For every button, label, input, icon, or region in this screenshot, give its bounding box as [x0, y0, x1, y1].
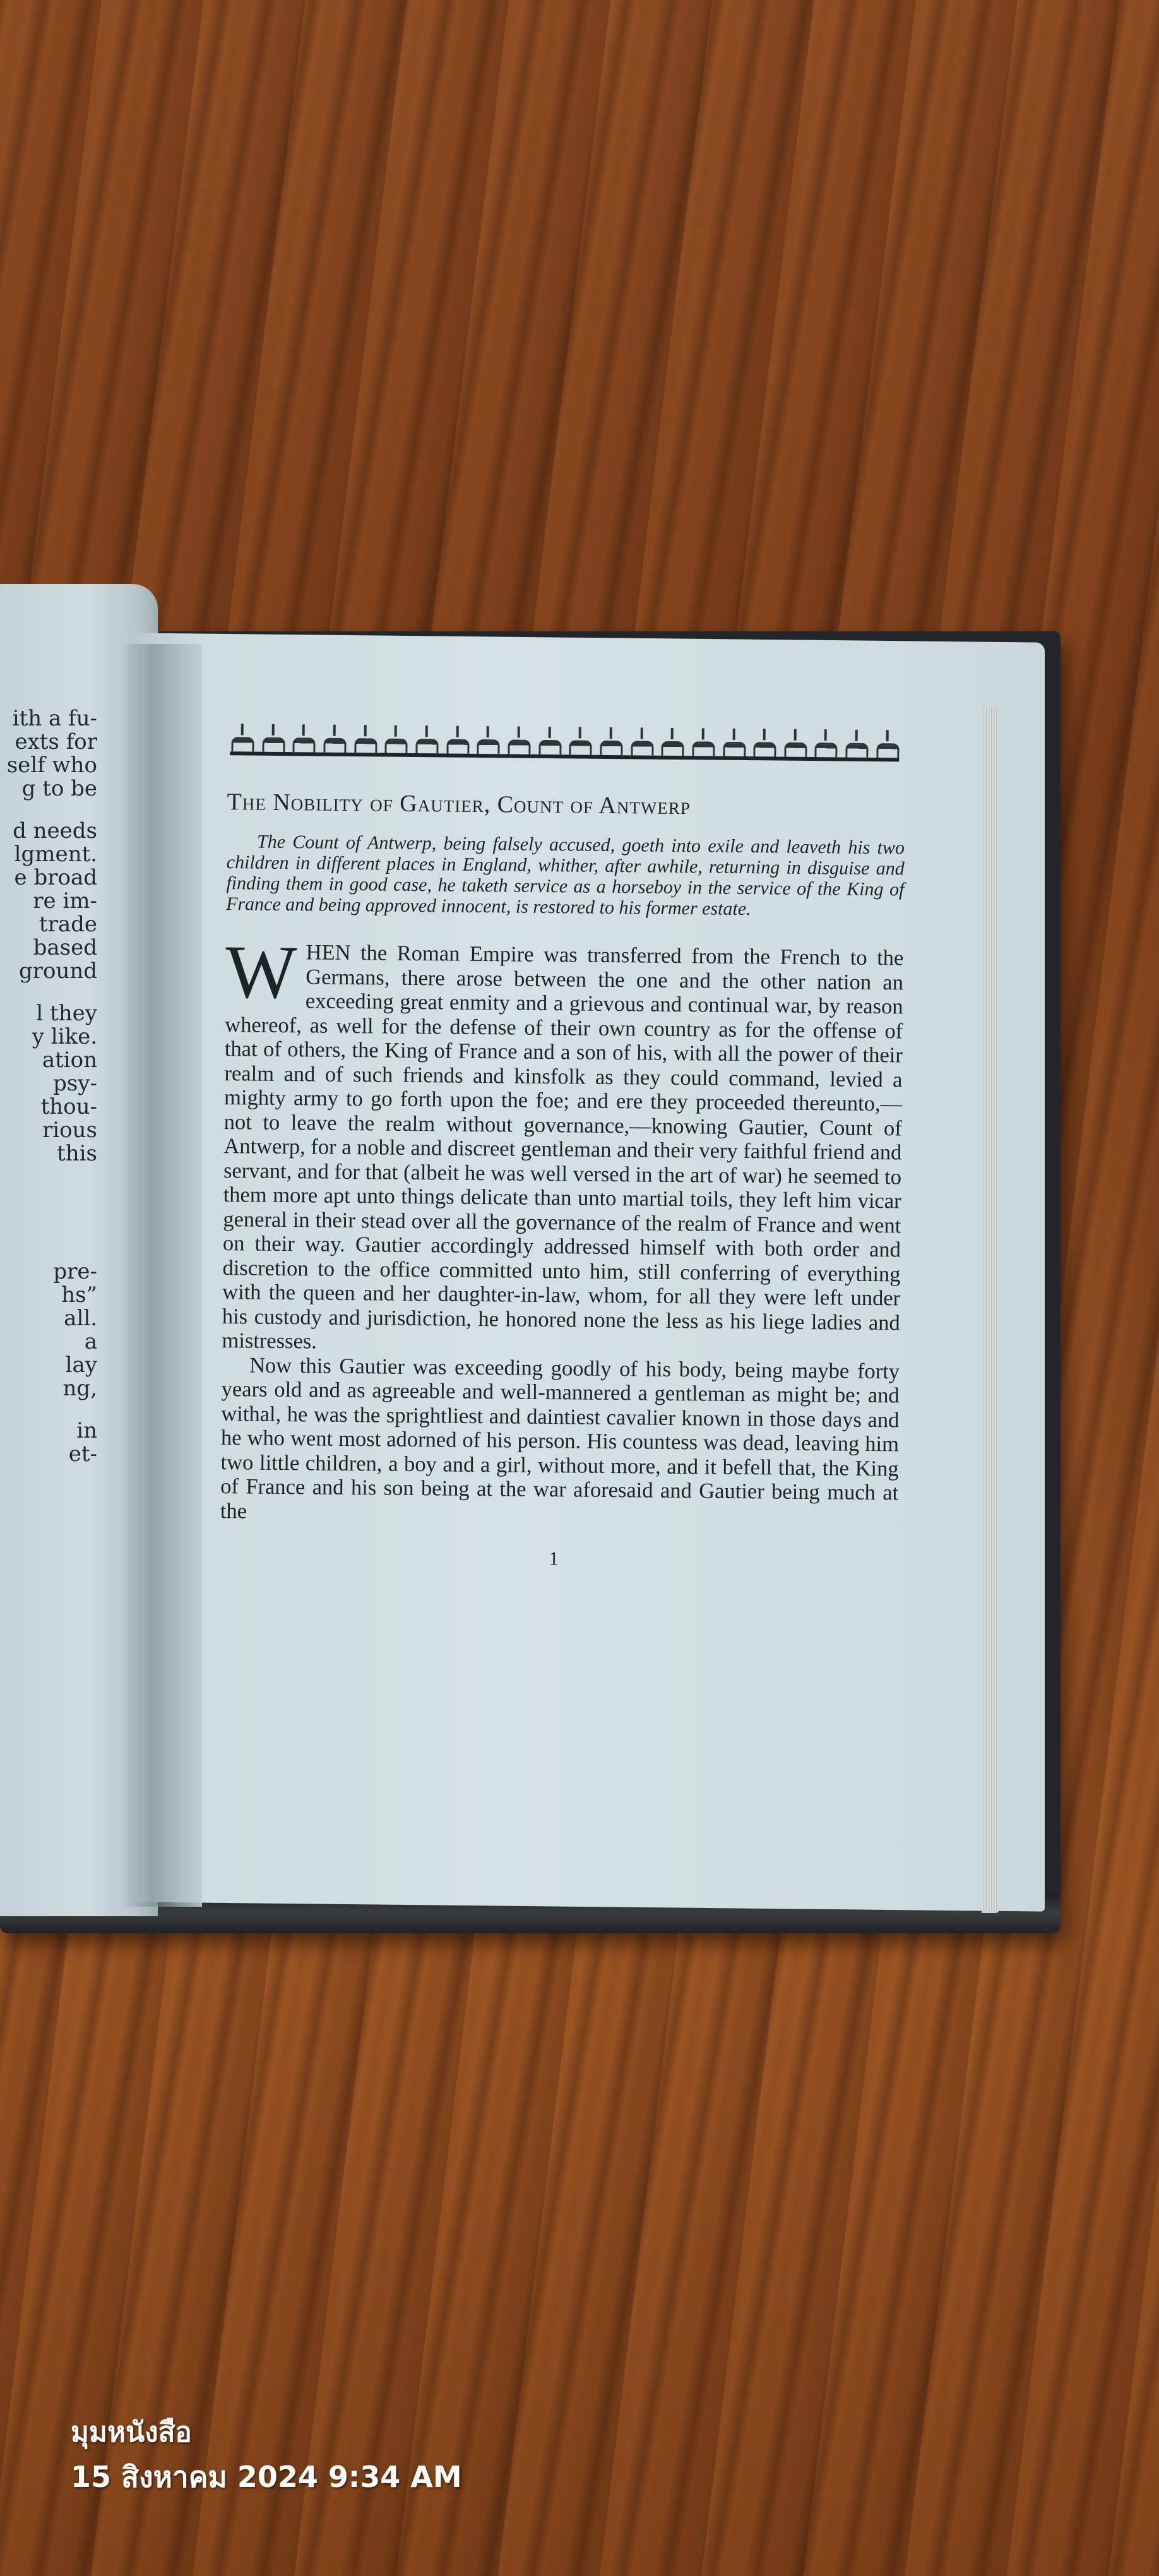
- photo-scene: ith a fu- exts for self who g to be d ne…: [0, 0, 1159, 2576]
- left-line: d needs: [0, 820, 97, 843]
- left-line: trade: [0, 913, 97, 936]
- left-line: psy-: [0, 1072, 97, 1095]
- crown-icon: [598, 727, 622, 755]
- paragraph-2: Now this Gautier was exceeding goodly of…: [220, 1353, 900, 1530]
- crown-icon: [384, 725, 408, 753]
- left-line: based: [0, 936, 97, 960]
- left-page-text: ith a fu- exts for self who g to be d ne…: [0, 707, 97, 1466]
- crown-icon: [752, 729, 776, 756]
- chapter-summary: The Count of Antwerp, being falsely accu…: [226, 831, 905, 921]
- crown-icon: [660, 728, 684, 756]
- crown-icon: [845, 730, 869, 758]
- left-line: hs”: [0, 1284, 97, 1307]
- crown-icon: [230, 724, 254, 751]
- left-line: ng,: [0, 1377, 97, 1400]
- paragraph-1-text: HEN the Roman Empire was transferred fro…: [222, 940, 903, 1353]
- watermark-label: มุมหนังสือ: [71, 2412, 462, 2454]
- left-line: et-: [0, 1443, 97, 1466]
- chapter-body: WHEN the Roman Empire was transferred fr…: [220, 939, 904, 1529]
- crown-icon: [292, 724, 316, 752]
- crown-icon: [875, 730, 899, 758]
- crown-icon: [261, 724, 285, 752]
- left-line: in: [0, 1419, 97, 1443]
- left-line: g to be: [0, 777, 97, 801]
- crown-icon: [506, 726, 530, 754]
- left-line: l they: [0, 1002, 97, 1025]
- crown-icon: [783, 729, 807, 757]
- crown-icon: [568, 727, 592, 754]
- left-line: thou-: [0, 1095, 97, 1119]
- chapter-title: The Nobility of Gautier, Count of Antwer…: [227, 788, 905, 822]
- watermark-datetime: 15 สิงหาคม 2024 9:34 AM: [71, 2454, 462, 2500]
- left-line: ation: [0, 1049, 97, 1072]
- crown-icon: [322, 725, 346, 753]
- crown-icon: [629, 727, 653, 755]
- left-line: a: [0, 1330, 97, 1354]
- crown-icon: [537, 727, 561, 754]
- left-line: pre-: [0, 1260, 97, 1284]
- left-line: lgment.: [0, 843, 97, 866]
- left-line: ground: [0, 960, 97, 983]
- left-line: e broad: [0, 866, 97, 890]
- photo-watermark: มุมหนังสือ 15 สิงหาคม 2024 9:34 AM: [71, 2412, 462, 2500]
- crown-icon: [445, 725, 469, 753]
- right-page-content: The Nobility of Gautier, Count of Antwer…: [210, 713, 906, 1573]
- book-gutter-shadow: [120, 644, 202, 1907]
- left-line: this: [0, 1142, 97, 1166]
- page-edges: [982, 707, 999, 1913]
- crown-icon: [353, 725, 377, 753]
- left-line: re im-: [0, 890, 97, 913]
- left-line: exts for: [0, 730, 97, 754]
- crown-border-ornament-icon: [230, 713, 900, 761]
- left-line: self who: [0, 754, 97, 777]
- left-line: all.: [0, 1307, 97, 1330]
- left-line: rious: [0, 1119, 97, 1142]
- crown-icon: [691, 728, 715, 756]
- crown-icon: [722, 729, 746, 756]
- crown-icon: [476, 726, 500, 754]
- left-line: ith a fu-: [0, 707, 97, 730]
- drop-cap: W: [225, 942, 297, 1002]
- crown-icon: [814, 729, 838, 757]
- left-line: lay: [0, 1354, 97, 1377]
- crown-icon: [414, 725, 438, 753]
- left-line: y like.: [0, 1025, 97, 1049]
- paragraph-1: WHEN the Roman Empire was transferred fr…: [222, 939, 903, 1359]
